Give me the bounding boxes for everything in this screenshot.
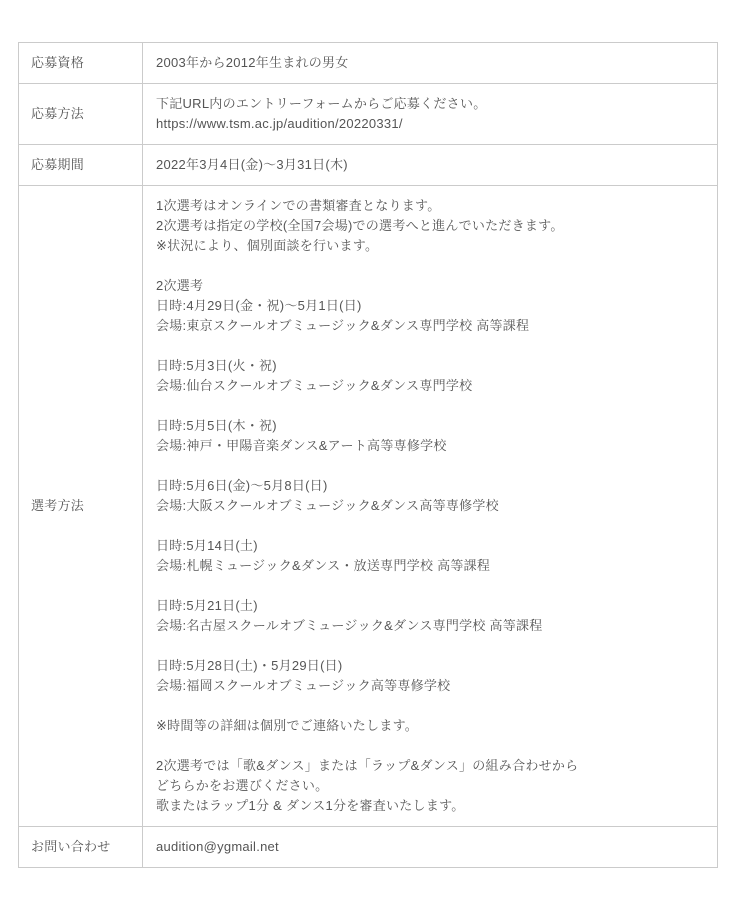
- content-line: ※状況により、個別面談を行います。: [156, 236, 703, 256]
- table-row-screening-process: 選考方法1次選考はオンラインでの書類審査となります。2次選考は指定の学校(全国7…: [19, 186, 718, 827]
- content-line: 会場:名古屋スクールオブミュージック&ダンス専門学校 高等課程: [156, 616, 703, 636]
- url-text[interactable]: https://www.tsm.ac.jp/audition/20220331/: [156, 114, 703, 134]
- blank-line: [156, 256, 703, 276]
- content-line: 会場:仙台スクールオブミュージック&ダンス専門学校: [156, 376, 703, 396]
- content-line: ※時間等の詳細は個別でご連絡いたします。: [156, 716, 703, 736]
- blank-line: [156, 576, 703, 596]
- content-line: 日時:5月28日(土)・5月29日(日): [156, 656, 703, 676]
- content-line: 会場:福岡スクールオブミュージック高等専修学校: [156, 676, 703, 696]
- row-content-application-period: 2022年3月4日(金)〜3月31日(木): [143, 145, 718, 186]
- table-row-application-period: 応募期間2022年3月4日(金)〜3月31日(木): [19, 145, 718, 186]
- row-content-contact: audition@ygmail.net: [143, 827, 718, 868]
- blank-line: [156, 336, 703, 356]
- row-label-screening-process: 選考方法: [19, 186, 143, 827]
- content-line: 日時:5月14日(土): [156, 536, 703, 556]
- content-line: 会場:東京スクールオブミュージック&ダンス専門学校 高等課程: [156, 316, 703, 336]
- content-line: 歌またはラップ1分 & ダンス1分を審査いたします。: [156, 796, 703, 816]
- row-label-contact: お問い合わせ: [19, 827, 143, 868]
- blank-line: [156, 516, 703, 536]
- email-text[interactable]: audition@ygmail.net: [156, 837, 703, 857]
- content-line: 日時:5月3日(火・祝): [156, 356, 703, 376]
- table-row-eligibility: 応募資格2003年から2012年生まれの男女: [19, 43, 718, 84]
- content-line: 2次選考は指定の学校(全国7会場)での選考へと進んでいただきます。: [156, 216, 703, 236]
- blank-line: [156, 396, 703, 416]
- content-line: 日時:5月5日(木・祝): [156, 416, 703, 436]
- content-line: 会場:神戸・甲陽音楽ダンス&アート高等専修学校: [156, 436, 703, 456]
- application-info-table: 応募資格2003年から2012年生まれの男女応募方法下記URL内のエントリーフォ…: [18, 42, 718, 868]
- row-label-how-to-apply: 応募方法: [19, 84, 143, 145]
- content-line: 会場:札幌ミュージック&ダンス・放送専門学校 高等課程: [156, 556, 703, 576]
- content-line: 日時:5月6日(金)〜5月8日(日): [156, 476, 703, 496]
- content-line: 1次選考はオンラインでの書類審査となります。: [156, 196, 703, 216]
- content-line: 会場:大阪スクールオブミュージック&ダンス高等専修学校: [156, 496, 703, 516]
- content-line: 日時:5月21日(土): [156, 596, 703, 616]
- content-line: どちらかをお選びください。: [156, 776, 703, 796]
- blank-line: [156, 696, 703, 716]
- page: 応募資格2003年から2012年生まれの男女応募方法下記URL内のエントリーフォ…: [0, 0, 740, 904]
- content-line: 2022年3月4日(金)〜3月31日(木): [156, 155, 703, 175]
- row-content-how-to-apply: 下記URL内のエントリーフォームからご応募ください。https://www.ts…: [143, 84, 718, 145]
- row-content-screening-process: 1次選考はオンラインでの書類審査となります。2次選考は指定の学校(全国7会場)で…: [143, 186, 718, 827]
- blank-line: [156, 636, 703, 656]
- content-line: 下記URL内のエントリーフォームからご応募ください。: [156, 94, 703, 114]
- row-content-eligibility: 2003年から2012年生まれの男女: [143, 43, 718, 84]
- content-line: 2次選考では「歌&ダンス」または「ラップ&ダンス」の組み合わせから: [156, 756, 703, 776]
- content-line: 日時:4月29日(金・祝)〜5月1日(日): [156, 296, 703, 316]
- row-label-application-period: 応募期間: [19, 145, 143, 186]
- info-table-body: 応募資格2003年から2012年生まれの男女応募方法下記URL内のエントリーフォ…: [19, 43, 718, 868]
- blank-line: [156, 736, 703, 756]
- content-line: 2003年から2012年生まれの男女: [156, 53, 703, 73]
- table-row-how-to-apply: 応募方法下記URL内のエントリーフォームからご応募ください。https://ww…: [19, 84, 718, 145]
- blank-line: [156, 456, 703, 476]
- table-row-contact: お問い合わせaudition@ygmail.net: [19, 827, 718, 868]
- row-label-eligibility: 応募資格: [19, 43, 143, 84]
- content-line: 2次選考: [156, 276, 703, 296]
